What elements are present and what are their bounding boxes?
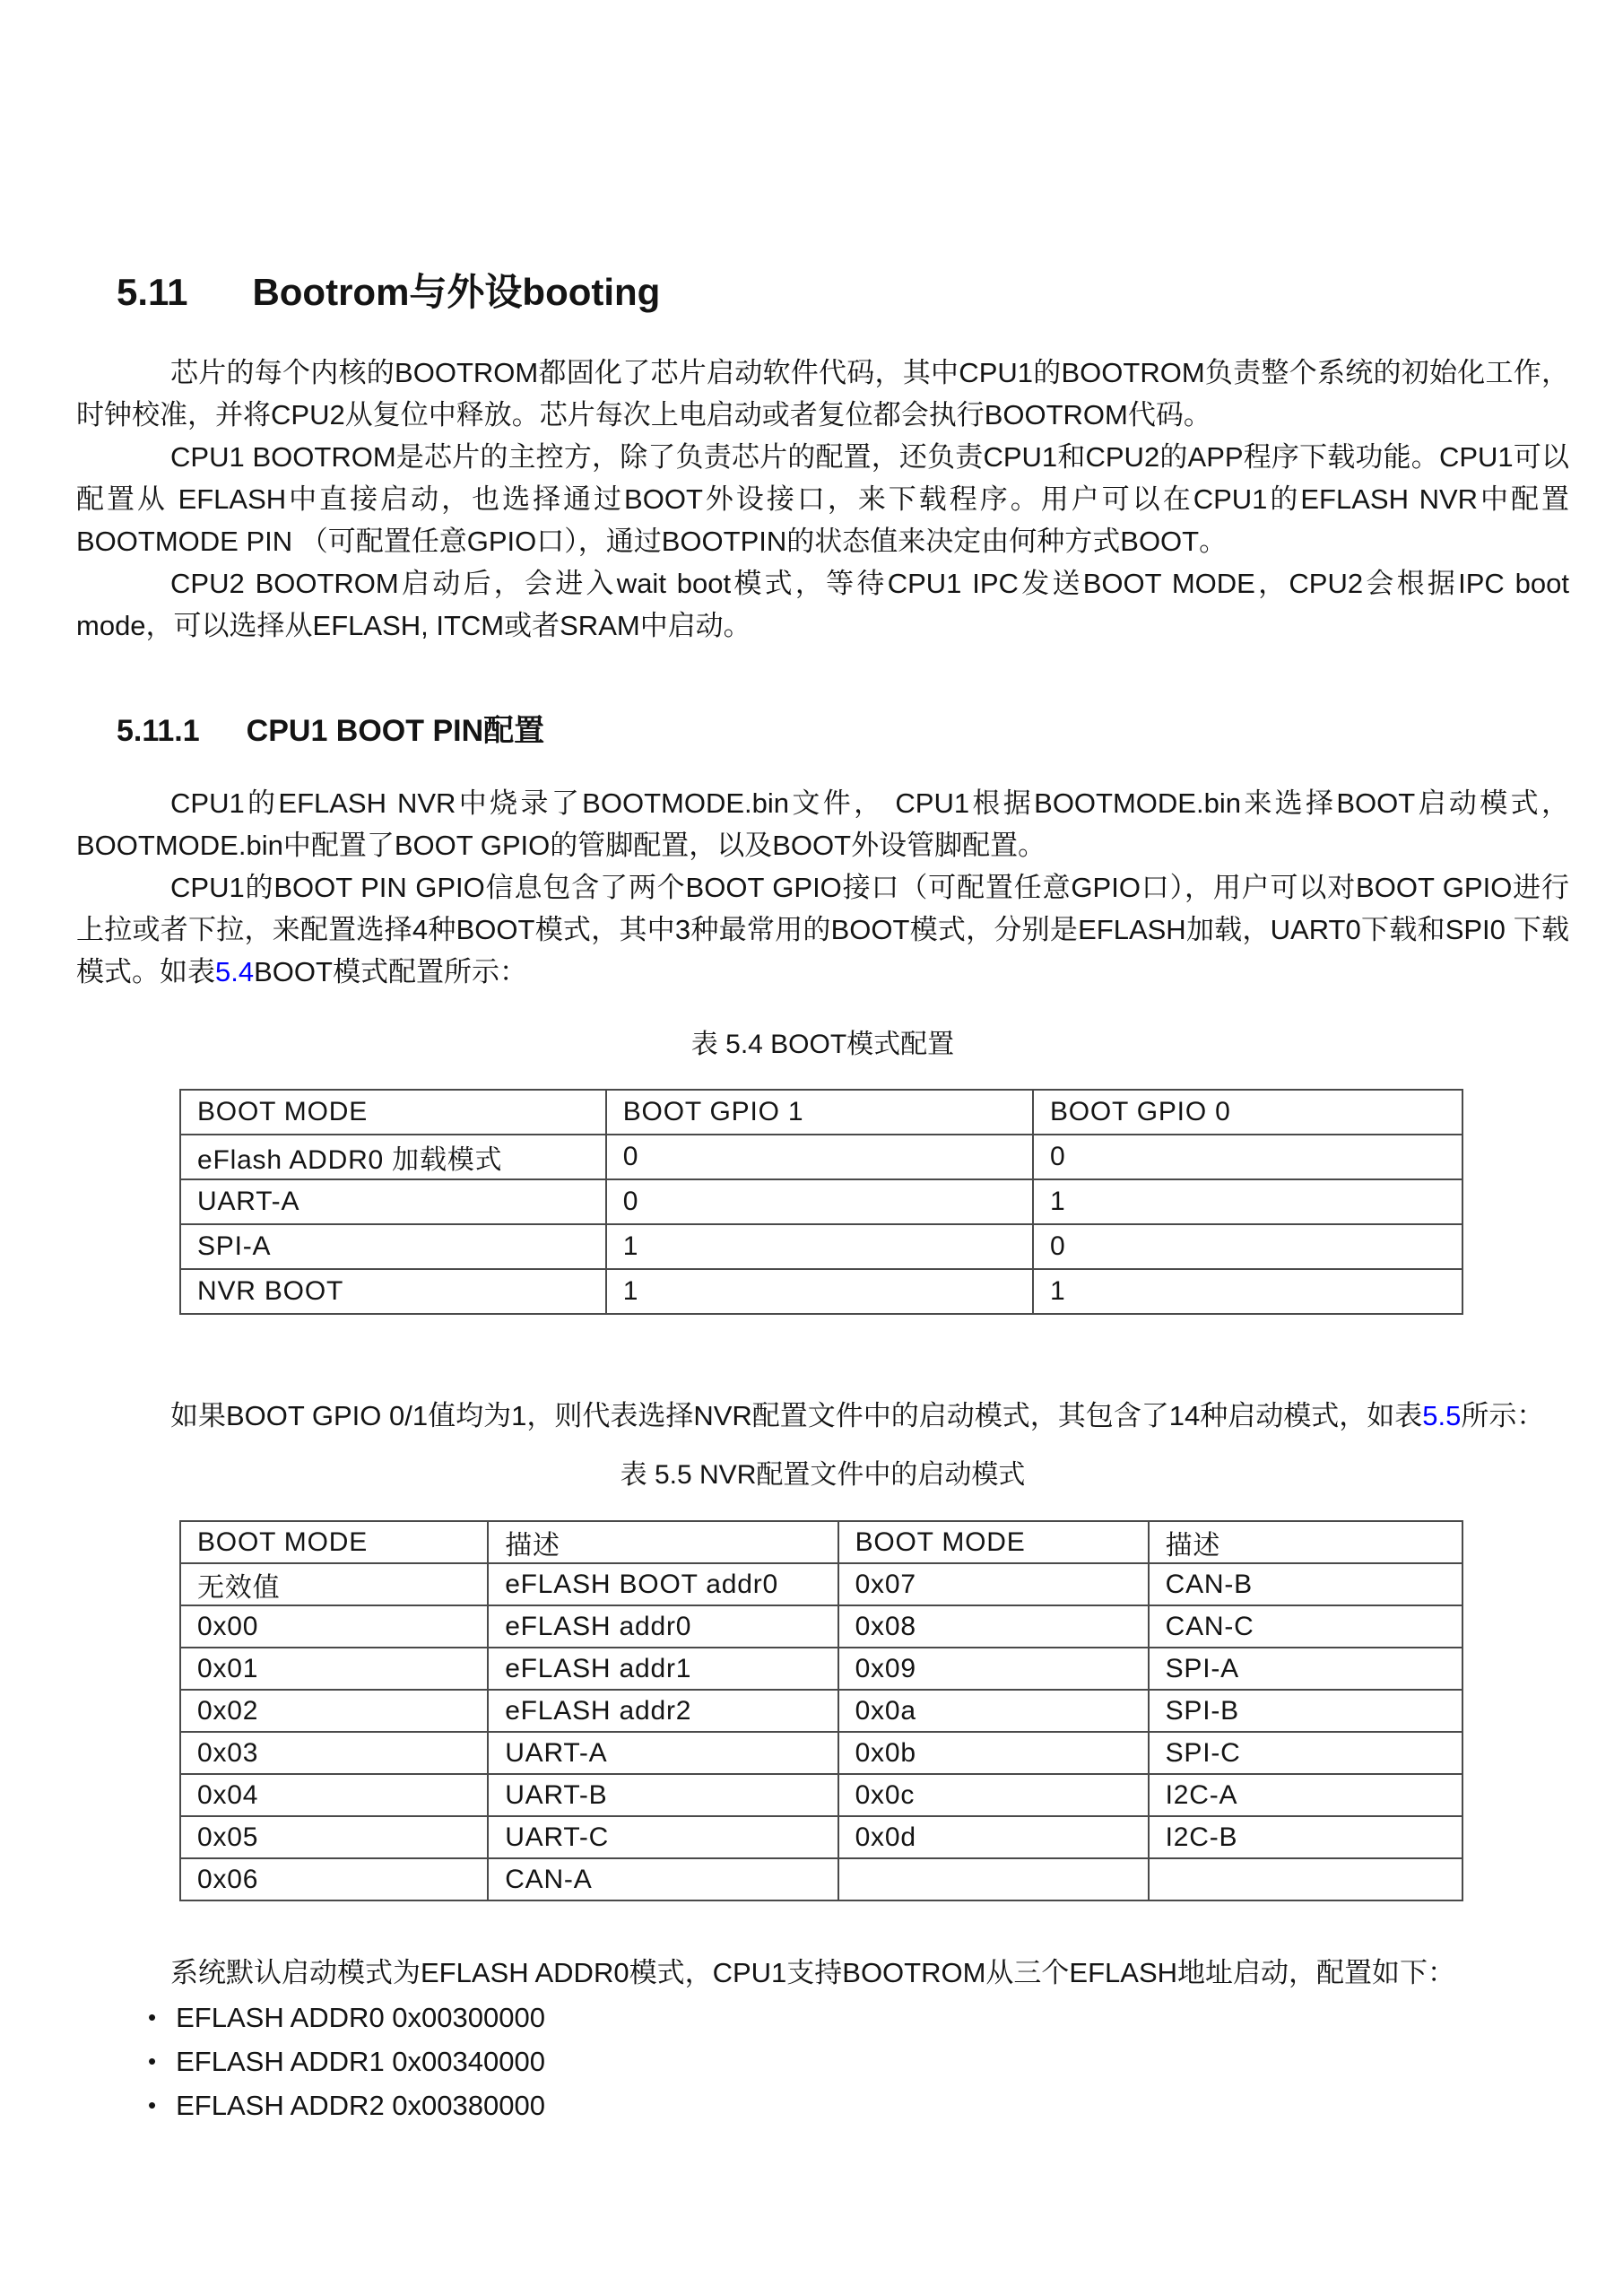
- table-row: eFlash ADDR0 加载模式 0 0: [180, 1135, 1462, 1179]
- table-cell: 0: [1033, 1224, 1462, 1269]
- table-row: 0x02 eFLASH addr2 0x0a SPI-B: [180, 1690, 1462, 1732]
- table-row: 0x00 eFLASH addr0 0x08 CAN-C: [180, 1605, 1462, 1648]
- section-number: 5.11: [117, 271, 187, 313]
- table-row: 无效值 eFLASH BOOT addr0 0x07 CAN-B: [180, 1563, 1462, 1605]
- table-cell: UART-A: [488, 1732, 838, 1774]
- paragraph-chip-bootrom: 芯片的每个内核的BOOTROM都固化了芯片启动软件代码，其中CPU1的BOOTR…: [76, 352, 1569, 436]
- table-cell: 0: [606, 1179, 1033, 1224]
- table-cell: 0x0d: [838, 1816, 1149, 1858]
- table-cell: UART-C: [488, 1816, 838, 1858]
- table-cell: 0x03: [180, 1732, 488, 1774]
- table-row: NVR BOOT 1 1: [180, 1269, 1462, 1314]
- table-cell: UART-A: [180, 1179, 606, 1224]
- subsection-number: 5.11.1: [117, 714, 200, 748]
- list-item-eflash-addr2: EFLASH ADDR2 0x00380000: [148, 2084, 545, 2128]
- table-cell: 1: [1033, 1179, 1462, 1224]
- table-cell: eFLASH BOOT addr0: [488, 1563, 838, 1605]
- paragraph-boot-gpio: CPU1的BOOT PIN GPIO信息包含了两个BOOT GPIO接口（可配置…: [76, 866, 1569, 993]
- table-5-4-caption: 表 5.4 BOOT模式配置: [76, 1027, 1569, 1063]
- table-cell: 1: [606, 1224, 1033, 1269]
- table-cell: 0x06: [180, 1858, 488, 1900]
- table-cell: 0: [606, 1135, 1033, 1179]
- table-cell: 0x08: [838, 1605, 1149, 1648]
- table-row: UART-A 0 1: [180, 1179, 1462, 1224]
- table-cell: NVR BOOT: [180, 1269, 606, 1314]
- bootpin-paragraphs: CPU1的EFLASH NVR中烧录了BOOTMODE.bin文件， CPU1根…: [76, 782, 1569, 993]
- section-title: 5.11Bootrom与外设booting: [117, 269, 660, 316]
- column-header: BOOT MODE: [180, 1090, 606, 1135]
- table-cell: 0x0c: [838, 1774, 1149, 1816]
- table-cell: 1: [1033, 1269, 1462, 1314]
- paragraph-nvr-modes-tail: 所示：: [1461, 1400, 1544, 1431]
- table-cell: CAN-A: [488, 1858, 838, 1900]
- table-5-5-caption: 表 5.5 NVR配置文件中的启动模式: [76, 1457, 1569, 1493]
- table-row: SPI-A 1 0: [180, 1224, 1462, 1269]
- table-cell: 0x0b: [838, 1732, 1149, 1774]
- table-cell: eFLASH addr0: [488, 1605, 838, 1648]
- table-cell: UART-B: [488, 1774, 838, 1816]
- table-cell: SPI-A: [1149, 1648, 1462, 1690]
- table-cell: 0x01: [180, 1648, 488, 1690]
- eflash-address-list: EFLASH ADDR0 0x00300000 EFLASH ADDR1 0x0…: [148, 1996, 545, 2128]
- table-cell: 无效值: [180, 1563, 488, 1605]
- section-title-text: Bootrom与外设booting: [252, 271, 660, 313]
- table-header-row: BOOT MODE BOOT GPIO 1 BOOT GPIO 0: [180, 1090, 1462, 1135]
- table-5-5-reference-link[interactable]: 5.5: [1422, 1400, 1461, 1431]
- table-cell: eFlash ADDR0 加载模式: [180, 1135, 606, 1179]
- paragraph-cpu1-bootrom: CPU1 BOOTROM是芯片的主控方，除了负责芯片的配置，还负责CPU1和CP…: [76, 436, 1569, 562]
- paragraph-cpu2-bootrom: CPU2 BOOTROM启动后，会进入wait boot模式，等待CPU1 IP…: [76, 562, 1569, 647]
- table-cell: 0x0a: [838, 1690, 1149, 1732]
- nvr-boot-mode-table: BOOT MODE 描述 BOOT MODE 描述 无效值 eFLASH BOO…: [179, 1520, 1463, 1901]
- table-header-row: BOOT MODE 描述 BOOT MODE 描述: [180, 1521, 1462, 1563]
- table-row: 0x06 CAN-A: [180, 1858, 1462, 1900]
- paragraph-boot-gpio-tail: BOOT模式配置所示：: [254, 956, 527, 987]
- table-cell: SPI-A: [180, 1224, 606, 1269]
- column-header: BOOT GPIO 0: [1033, 1090, 1462, 1135]
- column-header: 描述: [488, 1521, 838, 1563]
- column-header: BOOT MODE: [838, 1521, 1149, 1563]
- table-cell: 0x02: [180, 1690, 488, 1732]
- table-cell: 0x09: [838, 1648, 1149, 1690]
- paragraph-nvr-modes: 如果BOOT GPIO 0/1值均为1，则代表选择NVR配置文件中的启动模式，其…: [76, 1395, 1569, 1437]
- boot-mode-table: BOOT MODE BOOT GPIO 1 BOOT GPIO 0 eFlash…: [179, 1089, 1463, 1315]
- paragraph-default-boot: 系统默认启动模式为EFLASH ADDR0模式，CPU1支持BOOTROM从三个…: [76, 1952, 1569, 1994]
- paragraph-bootmode-bin: CPU1的EFLASH NVR中烧录了BOOTMODE.bin文件， CPU1根…: [76, 782, 1569, 866]
- paragraph-nvr-modes-text: 如果BOOT GPIO 0/1值均为1，则代表选择NVR配置文件中的启动模式，其…: [170, 1400, 1422, 1431]
- column-header: BOOT MODE: [180, 1521, 488, 1563]
- table-cell: 0x00: [180, 1605, 488, 1648]
- table-row: 0x05 UART-C 0x0d I2C-B: [180, 1816, 1462, 1858]
- document-page: 5.11Bootrom与外设booting 芯片的每个内核的BOOTROM都固化…: [0, 0, 1623, 2296]
- table-row: 0x04 UART-B 0x0c I2C-A: [180, 1774, 1462, 1816]
- table-cell: 0x05: [180, 1816, 488, 1858]
- table-cell: 0x07: [838, 1563, 1149, 1605]
- table-cell: CAN-C: [1149, 1605, 1462, 1648]
- intro-paragraphs: 芯片的每个内核的BOOTROM都固化了芯片启动软件代码，其中CPU1的BOOTR…: [76, 352, 1569, 647]
- column-header: BOOT GPIO 1: [606, 1090, 1033, 1135]
- table-row: 0x03 UART-A 0x0b SPI-C: [180, 1732, 1462, 1774]
- table-row: 0x01 eFLASH addr1 0x09 SPI-A: [180, 1648, 1462, 1690]
- table-cell: SPI-B: [1149, 1690, 1462, 1732]
- list-item-eflash-addr1: EFLASH ADDR1 0x00340000: [148, 2040, 545, 2084]
- table-5-4-reference-link[interactable]: 5.4: [215, 956, 254, 987]
- table-cell: 0: [1033, 1135, 1462, 1179]
- subsection-title-text: CPU1 BOOT PIN配置: [247, 714, 544, 748]
- table-cell: CAN-B: [1149, 1563, 1462, 1605]
- table-cell: eFLASH addr1: [488, 1648, 838, 1690]
- list-item-eflash-addr0: EFLASH ADDR0 0x00300000: [148, 1996, 545, 2040]
- table-cell: 0x04: [180, 1774, 488, 1816]
- table-cell: SPI-C: [1149, 1732, 1462, 1774]
- column-header: 描述: [1149, 1521, 1462, 1563]
- table-cell: [1149, 1858, 1462, 1900]
- table-cell: 1: [606, 1269, 1033, 1314]
- table-cell: [838, 1858, 1149, 1900]
- table-cell: I2C-B: [1149, 1816, 1462, 1858]
- table-cell: I2C-A: [1149, 1774, 1462, 1816]
- subsection-title: 5.11.1CPU1 BOOT PIN配置: [117, 710, 544, 752]
- table-cell: eFLASH addr2: [488, 1690, 838, 1732]
